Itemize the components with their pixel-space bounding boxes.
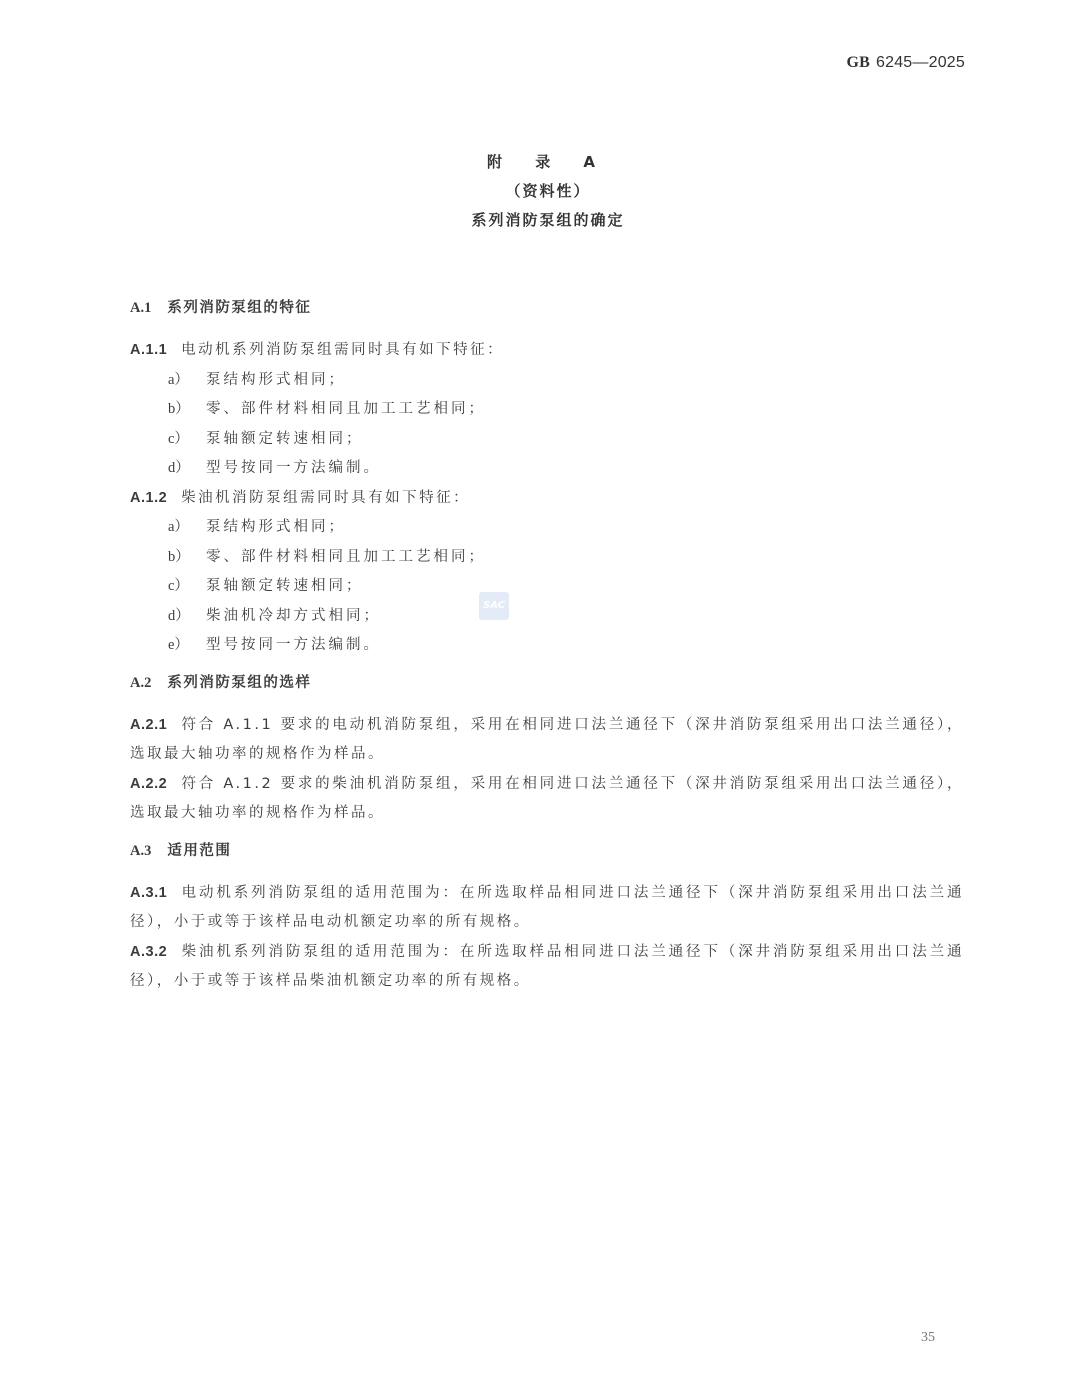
section-heading-a1: A.1系列消防泵组的特征: [130, 294, 964, 322]
clause-number: A.3.1: [130, 885, 167, 901]
section-title: 系列消防泵组的选样: [167, 675, 311, 691]
document-body: A.1系列消防泵组的特征 A.1.1电动机系列消防泵组需同时具有如下特征： a）…: [130, 294, 964, 997]
list-text: 泵轴额定转速相同；: [206, 578, 364, 594]
section-heading-a2: A.2系列消防泵组的选样: [130, 669, 964, 697]
list-label: d）: [168, 454, 206, 484]
list-item: b）零、部件材料相同且加工工艺相同；: [130, 543, 964, 573]
list-text: 泵结构形式相同；: [206, 372, 346, 388]
list-item: a）泵结构形式相同；: [130, 513, 964, 543]
list-text: 柴油机冷却方式相同；: [206, 608, 381, 624]
standard-code: 6245—2025: [876, 54, 965, 71]
list-text: 型号按同一方法编制。: [206, 637, 381, 653]
list-label: c）: [168, 572, 206, 602]
list-item: e）型号按同一方法编制。: [130, 631, 964, 661]
list-label: a）: [168, 513, 206, 543]
clause-a31: A.3.1电动机系列消防泵组的适用范围为：在所选取样品相同进口法兰通径下（深井消…: [130, 879, 964, 938]
list-text: 型号按同一方法编制。: [206, 460, 381, 476]
page-number: 35: [921, 1330, 935, 1346]
list-item: c）泵轴额定转速相同；: [130, 572, 964, 602]
section-title: 系列消防泵组的特征: [167, 300, 311, 316]
standard-prefix: GB: [846, 54, 870, 71]
clause-text: 柴油机系列消防泵组的适用范围为：在所选取样品相同进口法兰通径下（深井消防泵组采用…: [130, 944, 964, 990]
clause-text: 柴油机消防泵组需同时具有如下特征：: [181, 490, 470, 506]
clause-a21: A.2.1符合 A.1.1 要求的电动机消防泵组，采用在相同进口法兰通径下（深井…: [130, 711, 964, 770]
list-text: 零、部件材料相同且加工工艺相同；: [206, 549, 486, 565]
list-text: 泵轴额定转速相同；: [206, 431, 364, 447]
appendix-heading: 附 录 A: [0, 148, 1079, 177]
section-heading-a3: A.3适用范围: [130, 837, 964, 865]
section-number: A.3: [130, 843, 151, 859]
list-label: d）: [168, 602, 206, 632]
list-item: b）零、部件材料相同且加工工艺相同；: [130, 395, 964, 425]
section-number: A.2: [130, 675, 151, 691]
section-number: A.1: [130, 300, 151, 316]
list-item: a）泵结构形式相同；: [130, 366, 964, 396]
clause-number: A.1.1: [130, 342, 167, 358]
appendix-title-block: 附 录 A （资料性） 系列消防泵组的确定: [0, 148, 1079, 235]
list-item: d）柴油机冷却方式相同；: [130, 602, 964, 632]
clause-number: A.1.2: [130, 490, 167, 506]
standard-number: GB6245—2025: [846, 54, 965, 72]
clause-a11: A.1.1电动机系列消防泵组需同时具有如下特征：: [130, 336, 964, 366]
section-title: 适用范围: [167, 843, 231, 859]
list-item: c）泵轴额定转速相同；: [130, 425, 964, 455]
list-text: 零、部件材料相同且加工工艺相同；: [206, 401, 486, 417]
appendix-title: 系列消防泵组的确定: [0, 206, 1079, 235]
clause-a32: A.3.2柴油机系列消防泵组的适用范围为：在所选取样品相同进口法兰通径下（深井消…: [130, 938, 964, 997]
clause-a12: A.1.2柴油机消防泵组需同时具有如下特征：: [130, 484, 964, 514]
list-label: c）: [168, 425, 206, 455]
clause-number: A.2.2: [130, 776, 167, 792]
list-label: b）: [168, 543, 206, 573]
clause-a22: A.2.2符合 A.1.2 要求的柴油机消防泵组，采用在相同进口法兰通径下（深井…: [130, 770, 964, 829]
sac-watermark-icon: SAC: [479, 592, 509, 620]
clause-text: 符合 A.1.2 要求的柴油机消防泵组，采用在相同进口法兰通径下（深井消防泵组采…: [130, 776, 964, 822]
list-label: e）: [168, 631, 206, 661]
list-text: 泵结构形式相同；: [206, 519, 346, 535]
list-label: a）: [168, 366, 206, 396]
list-item: d）型号按同一方法编制。: [130, 454, 964, 484]
clause-number: A.3.2: [130, 944, 167, 960]
clause-number: A.2.1: [130, 717, 167, 733]
clause-text: 电动机系列消防泵组的适用范围为：在所选取样品相同进口法兰通径下（深井消防泵组采用…: [130, 885, 964, 931]
clause-text: 电动机系列消防泵组需同时具有如下特征：: [181, 342, 504, 358]
list-label: b）: [168, 395, 206, 425]
appendix-type: （资料性）: [0, 177, 1079, 206]
clause-text: 符合 A.1.1 要求的电动机消防泵组，采用在相同进口法兰通径下（深井消防泵组采…: [130, 717, 964, 763]
